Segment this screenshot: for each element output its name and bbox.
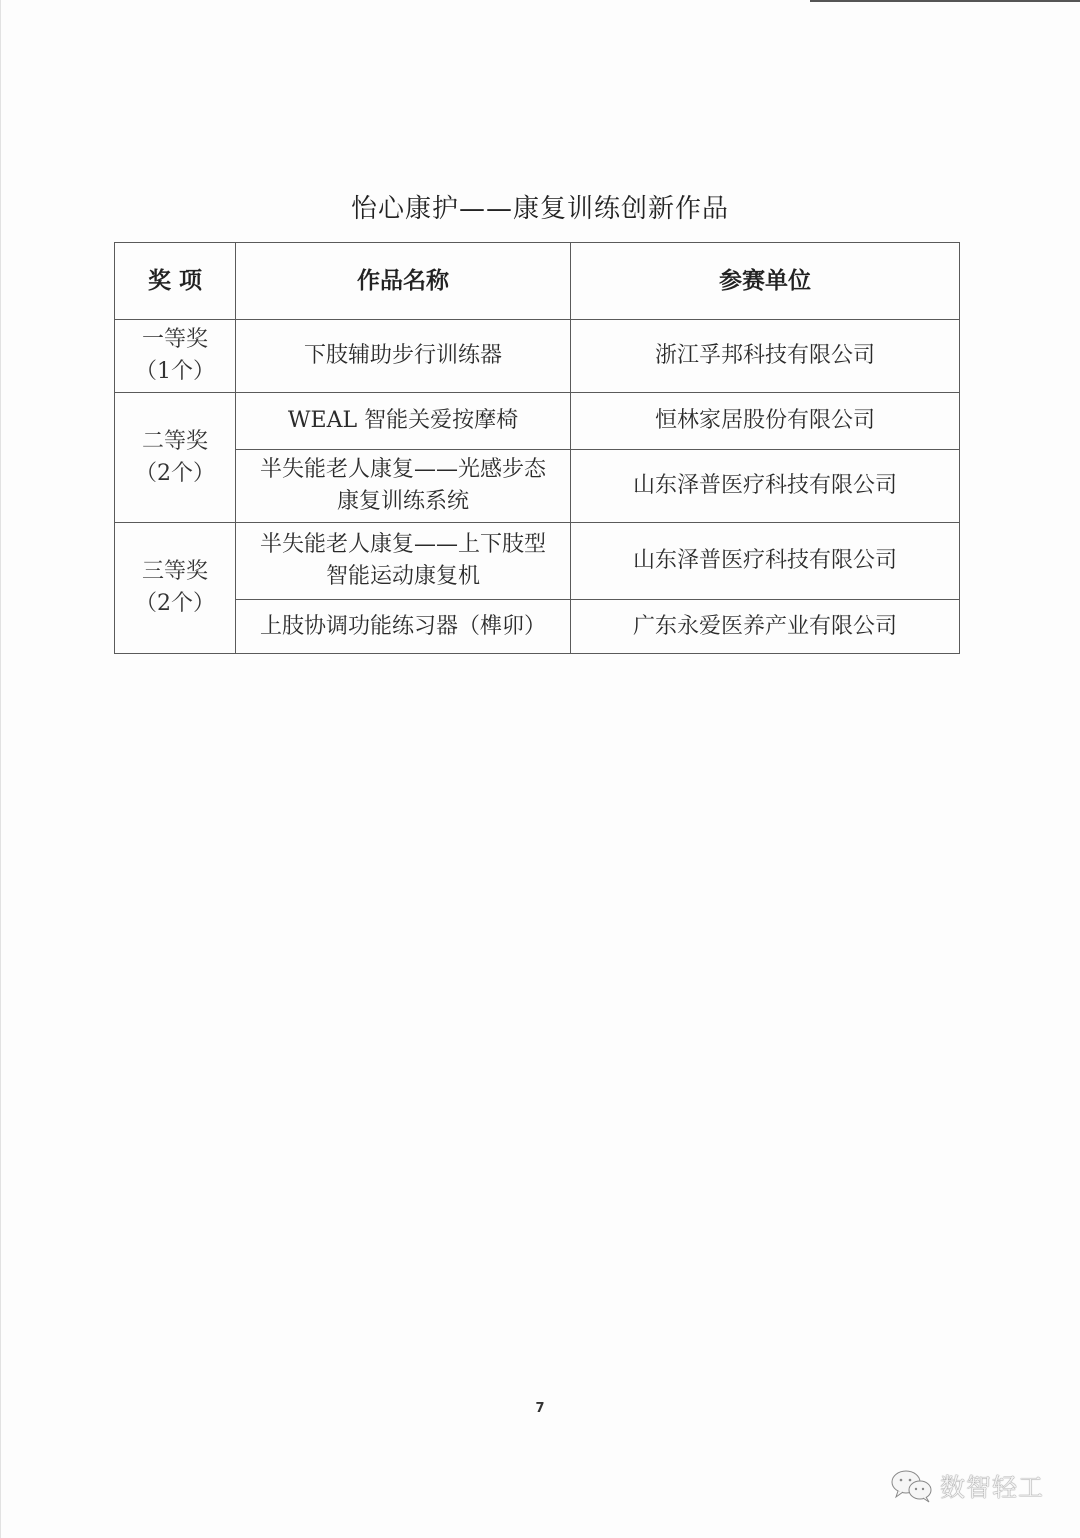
page-number: 7 [0, 1401, 1080, 1416]
watermark: 数智轻工 [890, 1468, 1044, 1504]
work-name-line1: 半失能老人康复——光感步态 [242, 454, 564, 486]
table-row: 三等奖 （2个） 半失能老人康复——上下肢型 智能运动康复机 山东泽普医疗科技有… [115, 523, 960, 600]
header-award: 奖 项 [115, 243, 236, 320]
header-organization: 参赛单位 [571, 243, 960, 320]
scan-top-edge [810, 0, 1080, 2]
watermark-text: 数智轻工 [940, 1468, 1044, 1504]
document-title: 怡心康护——康复训练创新作品 [0, 188, 1080, 225]
organization-cell: 山东泽普医疗科技有限公司 [571, 450, 960, 523]
table-header-row: 奖 项 作品名称 参赛单位 [115, 243, 960, 320]
work-name-line2: 康复训练系统 [242, 486, 564, 518]
scan-left-edge [0, 0, 1, 1538]
table-row: 半失能老人康复——光感步态 康复训练系统 山东泽普医疗科技有限公司 [115, 450, 960, 523]
work-name-cell: 半失能老人康复——光感步态 康复训练系统 [236, 450, 571, 523]
work-name-line1: 半失能老人康复——上下肢型 [242, 529, 564, 561]
organization-cell: 浙江孚邦科技有限公司 [571, 320, 960, 393]
award-name: 一等奖 [121, 324, 229, 356]
work-name: WEAL 智能关爱按摩椅 [242, 405, 564, 437]
award-cell-third: 三等奖 （2个） [115, 523, 236, 654]
award-name: 二等奖 [121, 426, 229, 458]
organization-cell: 恒林家居股份有限公司 [571, 393, 960, 450]
header-work-name: 作品名称 [236, 243, 571, 320]
organization-cell: 山东泽普医疗科技有限公司 [571, 523, 960, 600]
table-row: 二等奖 （2个） WEAL 智能关爱按摩椅 恒林家居股份有限公司 [115, 393, 960, 450]
award-cell-first: 一等奖 （1个） [115, 320, 236, 393]
wechat-icon [890, 1469, 934, 1503]
awards-table: 奖 项 作品名称 参赛单位 一等奖 （1个） 下肢辅助步行训练器 浙江孚邦科技有… [114, 242, 960, 654]
table-row: 上肢协调功能练习器（榫卯） 广东永爱医养产业有限公司 [115, 600, 960, 654]
award-cell-second: 二等奖 （2个） [115, 393, 236, 523]
award-count: （1个） [121, 356, 229, 388]
table-row: 一等奖 （1个） 下肢辅助步行训练器 浙江孚邦科技有限公司 [115, 320, 960, 393]
work-name-line2: 智能运动康复机 [242, 561, 564, 593]
award-name: 三等奖 [121, 556, 229, 588]
work-name-cell: 下肢辅助步行训练器 [236, 320, 571, 393]
award-count: （2个） [121, 588, 229, 620]
work-name: 下肢辅助步行训练器 [242, 340, 564, 372]
work-name-cell: WEAL 智能关爱按摩椅 [236, 393, 571, 450]
organization-cell: 广东永爱医养产业有限公司 [571, 600, 960, 654]
work-name-cell: 上肢协调功能练习器（榫卯） [236, 600, 571, 654]
work-name-cell: 半失能老人康复——上下肢型 智能运动康复机 [236, 523, 571, 600]
work-name: 上肢协调功能练习器（榫卯） [242, 611, 564, 643]
award-count: （2个） [121, 458, 229, 490]
